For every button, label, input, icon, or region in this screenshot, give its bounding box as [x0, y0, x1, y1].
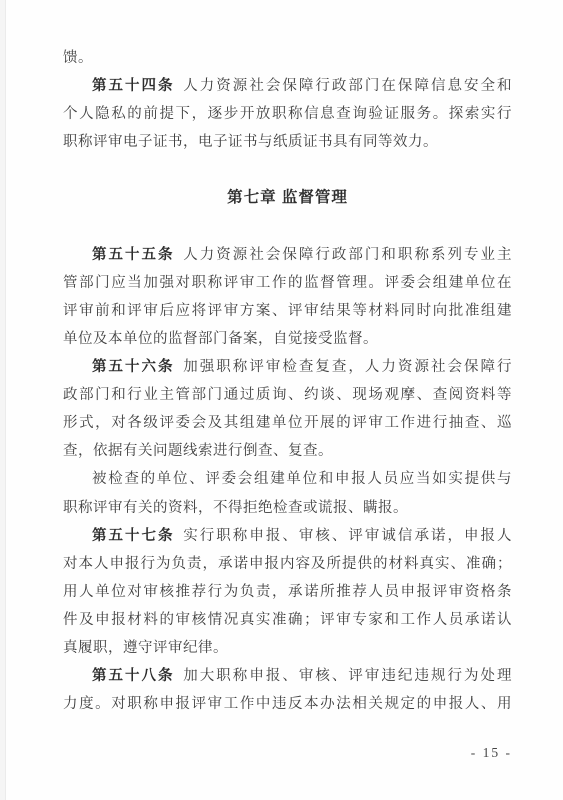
text-line: 查，依据有关问题线索进行倒查、复查。 [63, 437, 512, 465]
article-number: 第五十八条 [92, 668, 175, 684]
text-line: 第五十六条加强职称评审检查复查，人力资源社会保障行 [63, 353, 512, 381]
text-line: 单位及本单位的监督部门备案，自觉接受监督。 [63, 325, 512, 353]
text-line: 用人单位对审核推荐行为负责，承诺所推荐人员申报评审资格条 [63, 578, 512, 606]
article-text: 人力资源社会保障行政部门在保障信息安全和 [183, 78, 512, 94]
document-page: 馈。第五十四条人力资源社会保障行政部门在保障信息安全和个人隐私的前提下，逐步开放… [0, 0, 563, 800]
text-line: 第五十四条人力资源社会保障行政部门在保障信息安全和 [63, 72, 512, 100]
text-line: 被检查的单位、评委会组建单位和申报人员应当如实提供与 [63, 465, 512, 493]
text-line: 形式，对各级评委会及其组建单位开展的评审工作进行抽查、巡 [63, 409, 512, 437]
article-number: 第五十七条 [92, 528, 175, 544]
article-number: 第五十四条 [92, 78, 175, 94]
text-line: 件及申报材料的审核情况真实准确；评审专家和工作人员承诺认 [63, 606, 512, 634]
article-text: 加强职称评审检查复查，人力资源社会保障行 [183, 359, 512, 375]
scan-edge-artifact [0, 0, 6, 800]
text-line: 评审前和评审后应将评审方案、评审结果等材料同时向批准组建 [63, 297, 512, 325]
text-line: 第五十七条实行职称申报、审核、评审诚信承诺，申报人 [63, 522, 512, 550]
document-body: 馈。第五十四条人力资源社会保障行政部门在保障信息安全和个人隐私的前提下，逐步开放… [63, 44, 512, 718]
chapter-heading: 第七章 监督管理 [63, 184, 512, 212]
text-line: 真履职，遵守评审纪律。 [63, 634, 512, 662]
text-line: 第五十五条人力资源社会保障行政部门和职称系列专业主 [63, 241, 512, 269]
text-line: 第五十八条加大职称申报、审核、评审违纪违规行为处理 [63, 662, 512, 690]
article-number: 第五十六条 [92, 359, 175, 375]
text-line: 力度。对职称申报评审工作中违反本办法相关规定的申报人、用 [63, 690, 512, 718]
text-line: 个人隐私的前提下，逐步开放职称信息查询验证服务。探索实行 [63, 100, 512, 128]
text-line: 馈。 [63, 44, 512, 72]
page-number: - 15 - [471, 745, 512, 761]
article-text: 加大职称申报、审核、评审违纪违规行为处理 [183, 668, 512, 684]
text-line: 职称评审电子证书，电子证书与纸质证书具有同等效力。 [63, 128, 512, 156]
text-line: 职称评审有关的资料，不得拒绝检查或谎报、瞒报。 [63, 494, 512, 522]
text-line: 政部门和行业主管部门通过质询、约谈、现场观摩、查阅资料等 [63, 381, 512, 409]
article-text: 实行职称申报、审核、评审诚信承诺，申报人 [183, 528, 512, 544]
article-text: 人力资源社会保障行政部门和职称系列专业主 [183, 247, 512, 263]
article-number: 第五十五条 [92, 247, 175, 263]
text-line: 对本人申报行为负责，承诺申报内容及所提供的材料真实、准确； [63, 550, 512, 578]
text-line: 管部门应当加强对职称评审工作的监督管理。评委会组建单位在 [63, 269, 512, 297]
